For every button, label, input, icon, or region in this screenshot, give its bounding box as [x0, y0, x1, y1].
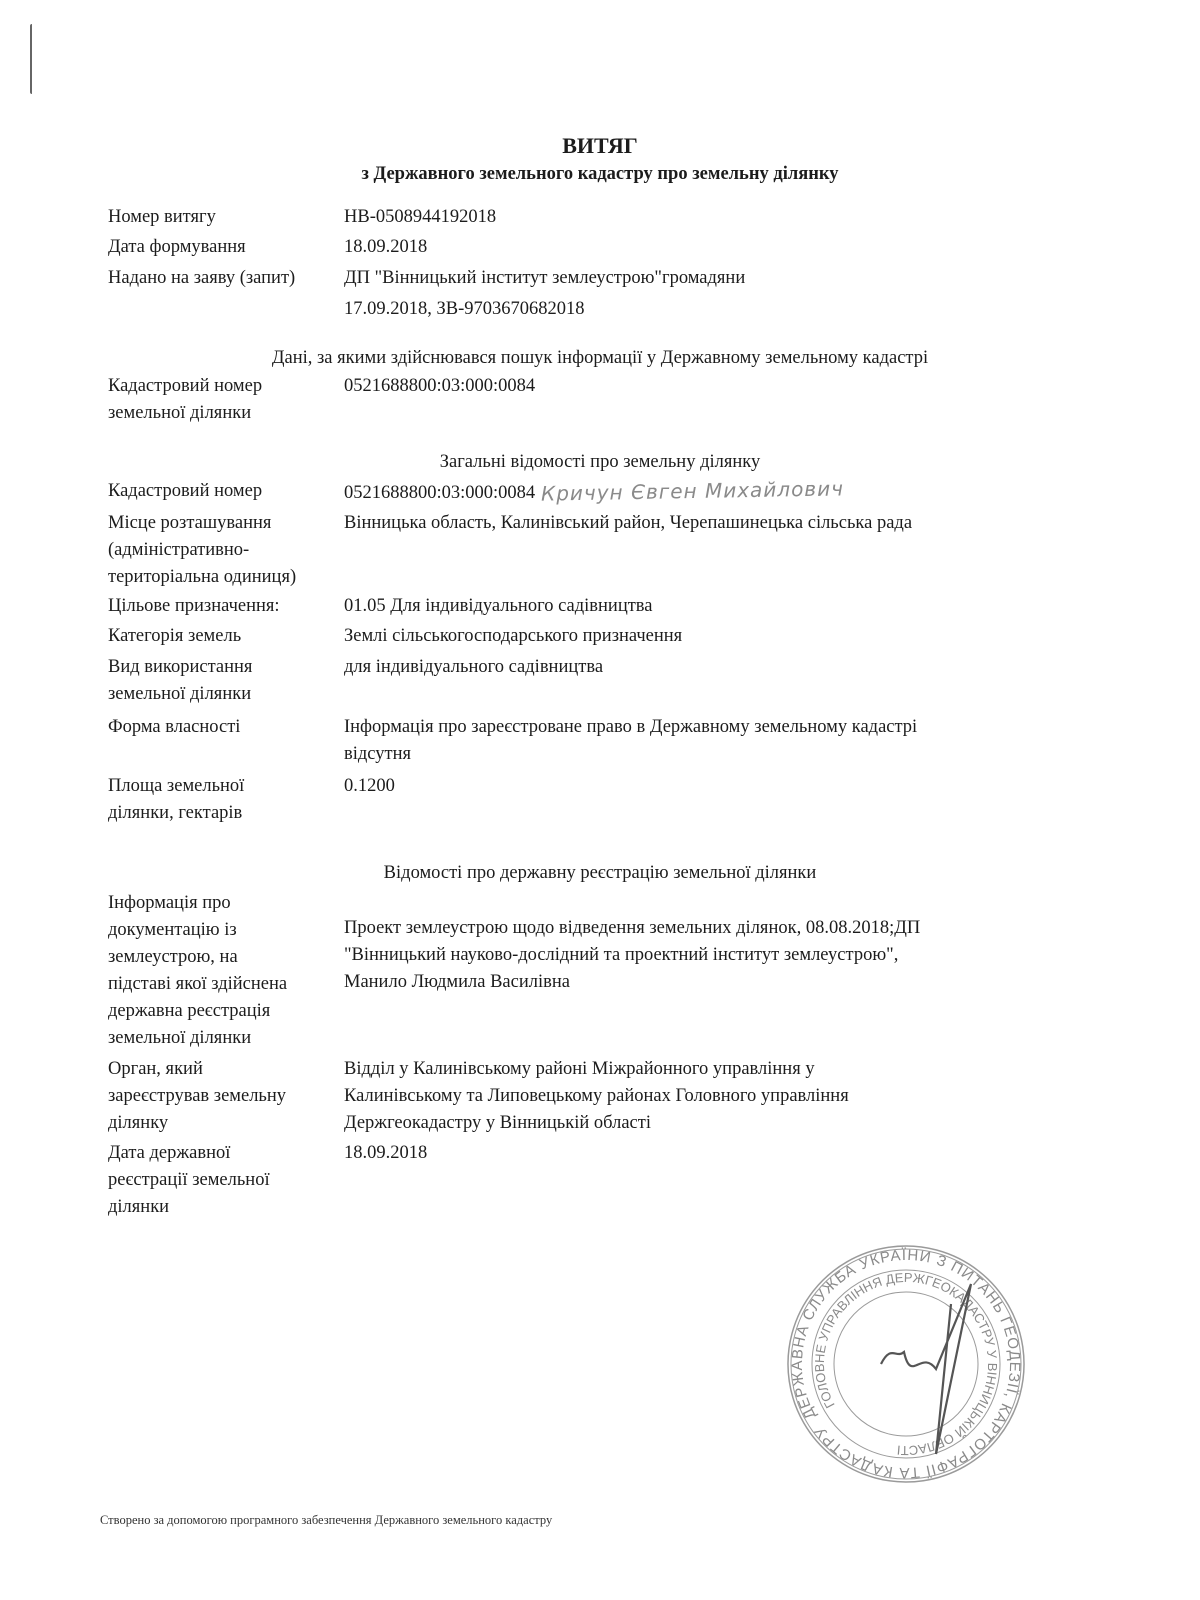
label: Місце розташування (адміністративно- тер…: [108, 510, 338, 591]
document-subtitle: з Державного земельного кадастру про зем…: [0, 164, 1200, 185]
value: 0.1200: [344, 773, 1174, 800]
label: Дата державної реєстрації земельної діля…: [108, 1140, 338, 1221]
stamp-middle-text: ГОЛОВНЕ УПРАВЛІННЯ ДЕРЖГЕОКАДАСТРУ У ВІН…: [786, 1244, 1026, 1484]
search-section-heading: Дані, за якими здійснювався пошук інформ…: [0, 348, 1200, 369]
value: НВ-0508944192018: [344, 204, 1174, 231]
label: Орган, який зареєстрував земельну ділянк…: [108, 1056, 338, 1137]
registration-section-heading: Відомості про державну реєстрацію земель…: [0, 863, 1200, 884]
label: Інформація про документацію із землеустр…: [108, 890, 338, 1052]
value: 0521688800:03:000:0084: [344, 373, 1174, 400]
handwritten-owner-note: Кричун Євген Михайлович: [541, 475, 844, 507]
value: Вінницька область, Калинівський район, Ч…: [344, 510, 1174, 537]
label: Площа земельної ділянки, гектарів: [108, 773, 338, 827]
value: ДП "Вінницький інститут землеустрою"гром…: [344, 263, 1174, 325]
document-title: ВИТЯГ: [0, 133, 1200, 159]
scan-edge-mark: [30, 24, 35, 94]
value: для індивідуального садівництва: [344, 654, 1174, 681]
label: Кадастровий номер земельної ділянки: [108, 373, 338, 427]
svg-text:ГОЛОВНЕ УПРАВЛІННЯ ДЕРЖГЕОКАДА: ГОЛОВНЕ УПРАВЛІННЯ ДЕРЖГЕОКАДАСТРУ У ВІН…: [786, 1244, 1026, 1484]
value: Землі сільськогосподарського призначення: [344, 623, 1174, 650]
label: Надано на заяву (запит): [108, 265, 338, 292]
value: 18.09.2018: [344, 1140, 1174, 1167]
value: 0521688800:03:000:0084Кричун Євген Михай…: [344, 478, 1174, 507]
label: Вид використання земельної ділянки: [108, 654, 338, 708]
official-stamp-icon: ДЕРЖАВНА СЛУЖБА УКРАЇНИ З ПИТАНЬ ГЕОДЕЗІ…: [786, 1244, 1026, 1484]
cadastral-number: 0521688800:03:000:0084: [344, 483, 535, 503]
label: Номер витягу: [108, 204, 338, 231]
value: Проект землеустрою щодо відведення земел…: [344, 915, 1174, 996]
value: 01.05 Для індивідуального садівництва: [344, 593, 1174, 620]
value: 18.09.2018: [344, 234, 1174, 261]
value: Інформація про зареєстроване право в Дер…: [344, 714, 1174, 768]
value: Відділ у Калинівському районі Міжрайонно…: [344, 1056, 1174, 1137]
label: Форма власності: [108, 714, 338, 741]
footer-note: Створено за допомогою програмного забезп…: [100, 1513, 552, 1528]
label: Кадастровий номер: [108, 478, 338, 505]
label: Категорія земель: [108, 623, 338, 650]
label: Цільове призначення:: [108, 593, 338, 620]
general-section-heading: Загальні відомості про земельну ділянку: [0, 452, 1200, 473]
label: Дата формування: [108, 234, 338, 261]
